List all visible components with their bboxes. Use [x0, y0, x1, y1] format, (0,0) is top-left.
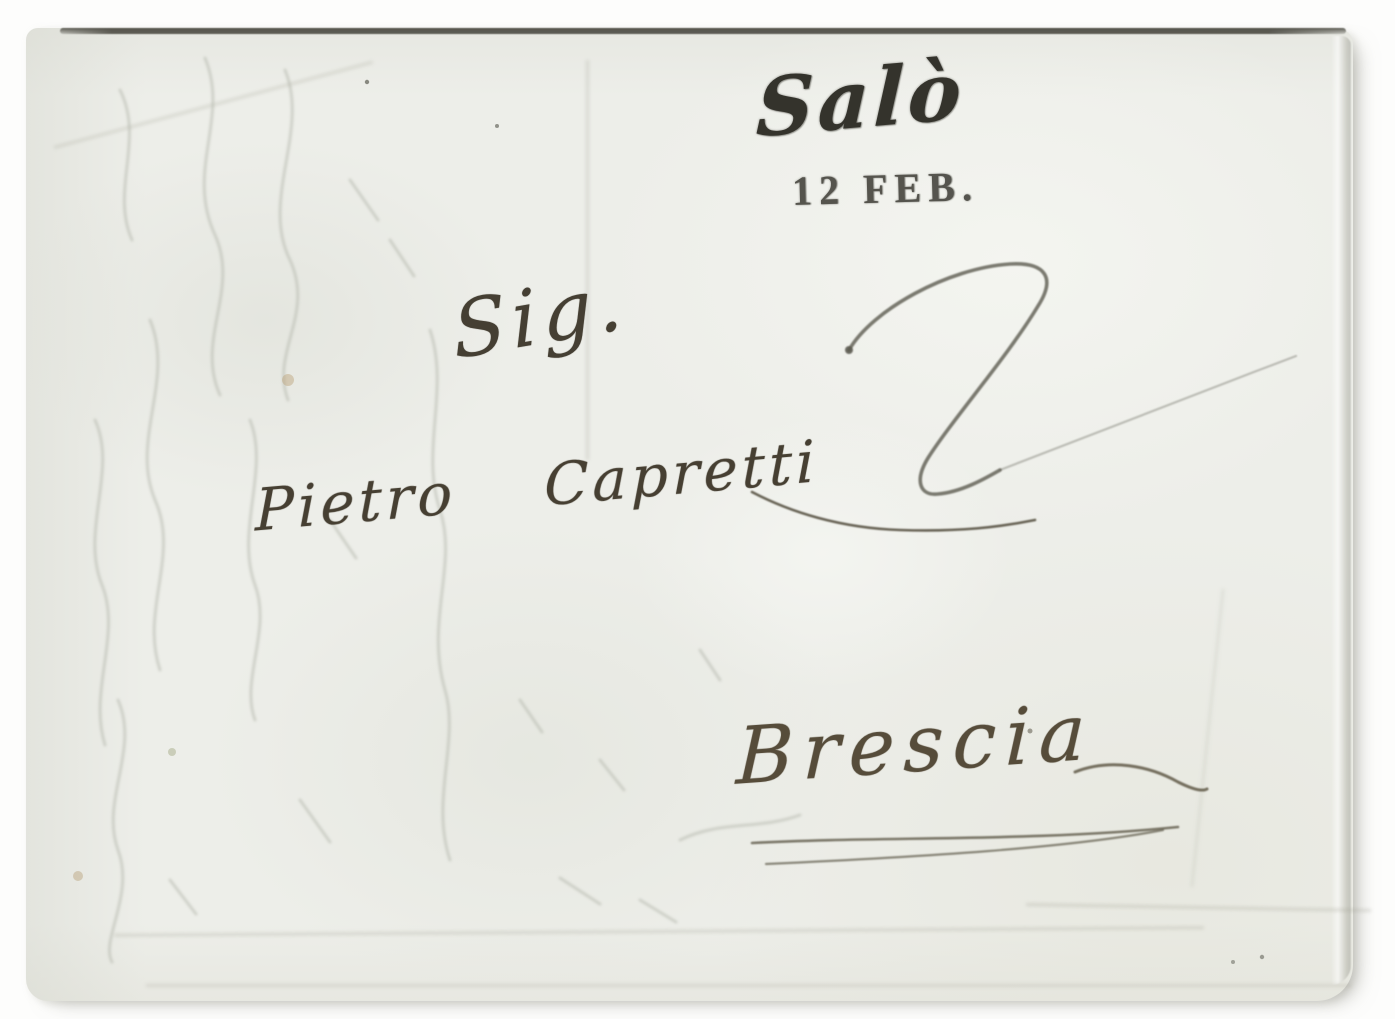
date-stamp: 12 FEB. — [791, 162, 979, 216]
photo-background: Salò 12 FEB. Sig. Pietro Capretti Bresci… — [0, 0, 1395, 1019]
capretti-flourish — [752, 492, 1035, 530]
destination-flourish — [1075, 765, 1207, 790]
salo-postmark: Salò — [755, 43, 967, 156]
pen-flourishes — [0, 0, 1395, 1019]
brescia-underline — [752, 827, 1178, 843]
brescia-underline — [766, 830, 1163, 864]
